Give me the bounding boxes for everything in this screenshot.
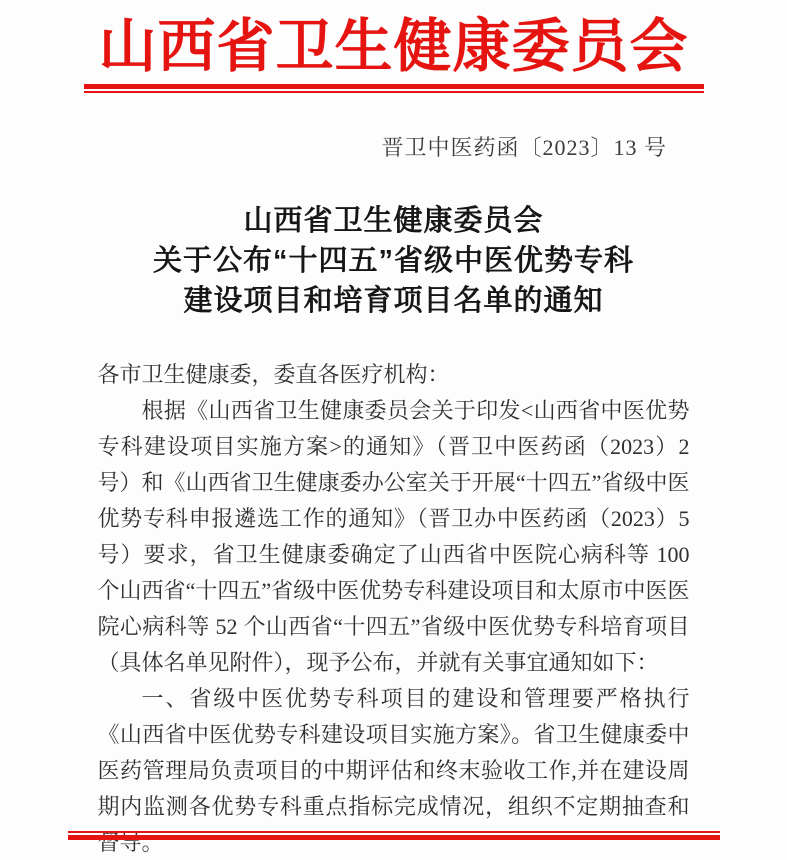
salutation-line: 各市卫生健康委，委直各医疗机构： xyxy=(98,357,690,393)
letterhead-double-rule xyxy=(84,84,704,93)
notice-title: 山西省卫生健康委员会 关于公布“十四五”省级中医优势专科 建设项目和培育项目名单… xyxy=(0,201,787,321)
rule-thin-line xyxy=(68,831,720,833)
document-reference-number: 晋卫中医药函〔2023〕13 号 xyxy=(0,135,787,161)
footer-double-rule xyxy=(68,831,720,840)
document-body: 各市卫生健康委，委直各医疗机构： 根据《山西省卫生健康委员会关于印发<山西省中医… xyxy=(98,357,690,860)
notice-title-line-1: 山西省卫生健康委员会 xyxy=(0,201,787,241)
document-page: 山西省卫生健康委员会 晋卫中医药函〔2023〕13 号 山西省卫生健康委员会 关… xyxy=(0,0,787,860)
rule-thick-line xyxy=(68,835,720,840)
notice-title-line-3: 建设项目和培育项目名单的通知 xyxy=(0,281,787,321)
body-paragraph-basis: 根据《山西省卫生健康委员会关于印发<山西省中医优势专科建设项目实施方案>的通知》… xyxy=(98,393,690,681)
letterhead-agency-title: 山西省卫生健康委员会 xyxy=(0,0,787,82)
rule-thin-line xyxy=(84,91,704,93)
notice-title-line-2: 关于公布“十四五”省级中医优势专科 xyxy=(0,241,787,281)
rule-thick-line xyxy=(84,84,704,89)
